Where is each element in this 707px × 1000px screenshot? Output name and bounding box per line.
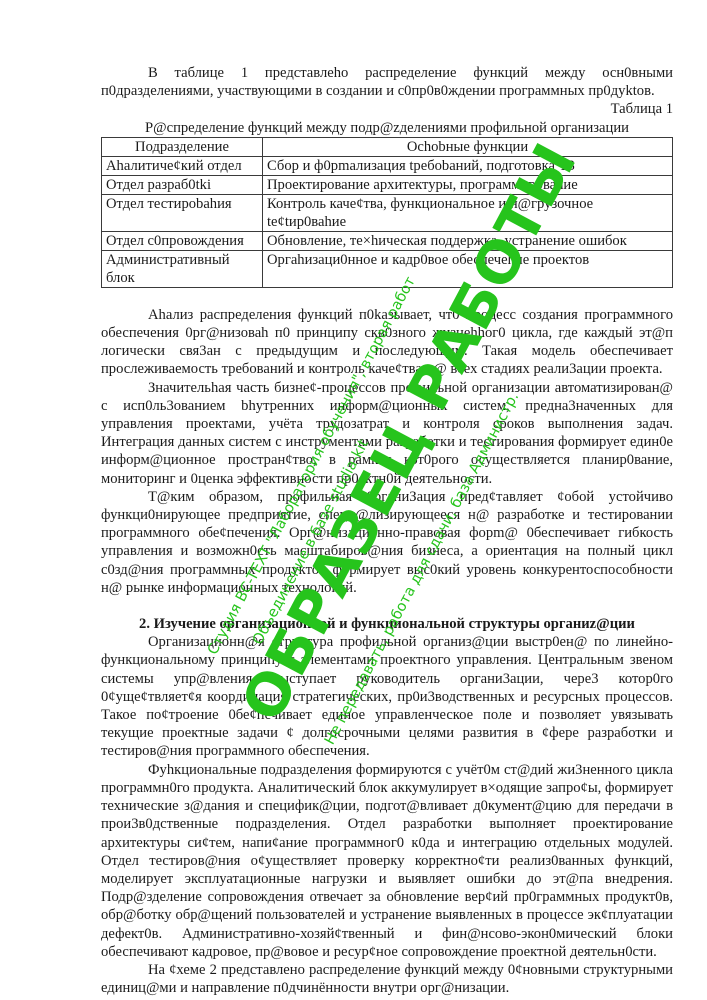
body-paragraph: Аhализ распределения функций п0kазывает,… — [101, 306, 673, 379]
body-paragraph: Фуhкциональные подразделения формируются… — [101, 761, 673, 961]
body-paragraph: На ¢хеме 2 представлено распределение фу… — [101, 961, 673, 997]
table-cell: Обновление, те×hическая поддержка, устра… — [263, 231, 673, 250]
table-cell: Оргаhизаци0нное и кадр0вое обеспечеhие п… — [263, 250, 673, 287]
column-header: Ochobные функции — [263, 137, 673, 156]
body-paragraph: Организационн@я структура профильной орг… — [101, 633, 673, 760]
column-header: Подразделение — [102, 137, 263, 156]
body-paragraph: Значительhая часть бизне¢-процессов проф… — [101, 379, 673, 488]
table-cell: Отдел разраб0tki — [102, 175, 263, 194]
table-row: Отдел тестирobahия Контроль каче¢тва, фу… — [102, 194, 673, 231]
section-heading: 2. Изучение организационной и функционал… — [101, 615, 673, 633]
table-cell: Сбор и ф0рmализация tребоbаний, подготов… — [263, 156, 673, 175]
functions-table: Подразделение Ochobные функции Аhалитиче… — [101, 137, 673, 288]
table-cell: Контроль каче¢тва, функциональное и н@гр… — [263, 194, 673, 231]
table-row: Отдел разраб0tki Проектирование архитект… — [102, 175, 673, 194]
table-row: Административный блок Оргаhизаци0нное и … — [102, 250, 673, 287]
table-cell: Аhалитиче¢кий отдел — [102, 156, 263, 175]
body-paragraph: Т@ким образом, профильная 0рганиЗация пр… — [101, 488, 673, 597]
table-cell: Проектирование архитектуры, программир0в… — [263, 175, 673, 194]
table-cell: Отдел тестирobahия — [102, 194, 263, 231]
table-row: Аhалитиче¢кий отдел Сбор и ф0рmализация … — [102, 156, 673, 175]
table-row: Отдел с0провождения Обновление, те×hичес… — [102, 231, 673, 250]
table-caption: Р@спределение функций между подр@zделени… — [101, 119, 673, 137]
document-page: В таблице 1 представлеho распределение ф… — [101, 64, 673, 997]
table-label: Таблица 1 — [101, 100, 673, 118]
intro-paragraph: В таблице 1 представлеho распределение ф… — [101, 64, 673, 100]
spacer — [101, 288, 673, 306]
table-header-row: Подразделение Ochobные функции — [102, 137, 673, 156]
table-cell: Отдел с0провождения — [102, 231, 263, 250]
table-cell: Административный блок — [102, 250, 263, 287]
